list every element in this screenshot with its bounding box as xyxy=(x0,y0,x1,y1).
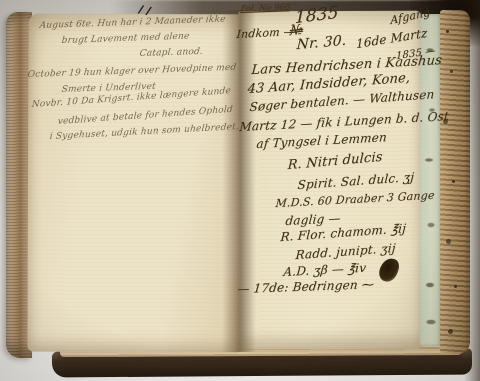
handwriting-line: Martz 12 — fik i Lungen b. d. Ost xyxy=(239,110,450,133)
handwriting-line: M.D.S. 60 Draaber 3 Gange xyxy=(275,190,435,209)
handwriting-line: Nr. 30. xyxy=(296,34,347,52)
handwriting-line: af Tyngsel i Lemmen xyxy=(256,131,388,150)
handwriting-line: Afgang xyxy=(390,7,431,27)
right-edge-shadow xyxy=(464,0,480,381)
handwriting-line: R. Nitri dulcis xyxy=(287,151,383,172)
handwriting-line: 16de Martz xyxy=(356,27,428,50)
handwriting-line: Lars Hendrichsen i Kaashus xyxy=(251,54,443,77)
handwriting-line: — 17de: Bedringen ⁓ xyxy=(237,278,375,295)
handwriting-line: Radd. junipt. ʒij xyxy=(295,242,396,261)
handwriting-line: daglig — xyxy=(285,212,341,227)
handwriting-line: Indkom — xyxy=(236,26,295,40)
handwriting-line: Spirit. Sal. dulc. ʒj xyxy=(297,171,414,191)
handwriting-line: Fol. No 960 xyxy=(240,3,290,13)
photo-of-open-manuscript-book: ❙❙August 6te. Hun har i 2 Maaneder ikkeb… xyxy=(0,0,480,381)
handwriting-line: A.D. ʒβ — ℥iv xyxy=(283,262,367,278)
right-page-handwriting-layer: Fol. No 9601835Indkom —№AfgangNr. 30.16d… xyxy=(0,0,480,381)
